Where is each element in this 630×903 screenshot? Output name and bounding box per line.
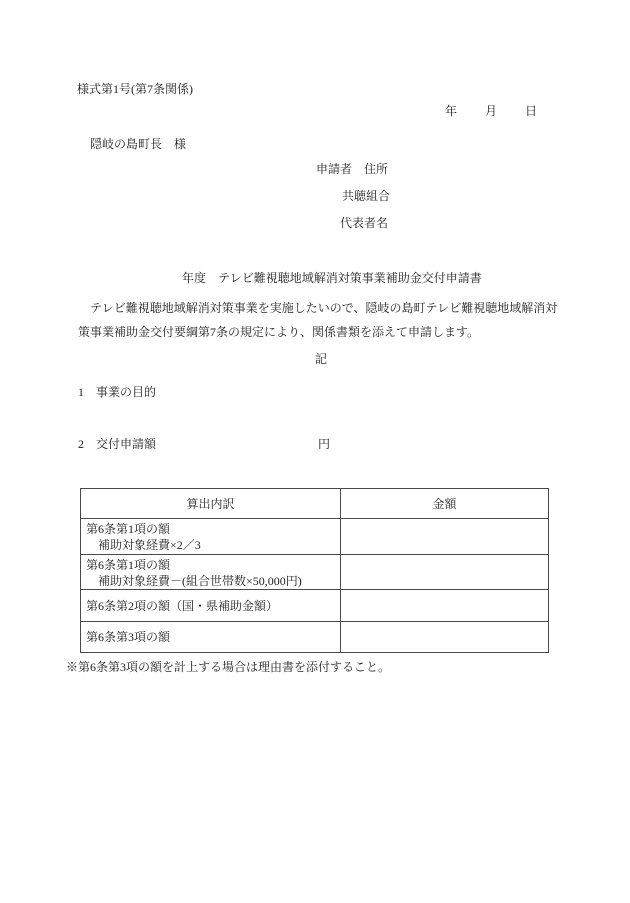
table-row: 第6条第1項の額 補助対象経費－(組合世帯数×50,000円) (81, 555, 549, 590)
item-2-yen-unit: 円 (318, 437, 330, 452)
date-line: 年 月 日 (445, 104, 537, 119)
amount-cell (341, 590, 549, 622)
breakdown-line: 第6条第3項の額 (86, 629, 340, 645)
table-row: 第6条第2項の額（国・県補助金額） (81, 590, 549, 622)
applicant-address-label: 申請者 住所 (316, 162, 388, 177)
body-paragraph-line-1: テレビ難視聴地域解消対策事業を実施したいので、隠岐の島町テレビ難視聴地域解消対 (90, 301, 557, 316)
item-1-business-purpose: 1 事業の目的 (78, 385, 156, 400)
date-day-label: 日 (525, 104, 537, 119)
breakdown-line: 補助対象経費×2／3 (86, 537, 340, 553)
applicant-representative-label: 代表者名 (340, 216, 388, 231)
table-header-row: 算出内訳 金額 (81, 489, 549, 519)
document-page: 様式第1号(第7条関係) 年 月 日 隠岐の島町長 様 申請者 住所 共聴組合 … (0, 0, 630, 903)
document-title: 年度 テレビ難視聴地域解消対策事業補助金交付申請書 (182, 271, 482, 286)
amount-cell (341, 555, 549, 590)
applicant-union-label: 共聴組合 (342, 189, 390, 204)
breakdown-line: 第6条第2項の額（国・県補助金額） (86, 598, 340, 614)
table-row: 第6条第1項の額 補助対象経費×2／3 (81, 519, 549, 555)
header-breakdown: 算出内訳 (81, 489, 341, 519)
breakdown-line: 補助対象経費－(組合世帯数×50,000円) (86, 573, 340, 589)
breakdown-cell: 第6条第2項の額（国・県補助金額） (81, 590, 341, 622)
breakdown-cell: 第6条第1項の額 補助対象経費－(組合世帯数×50,000円) (81, 555, 341, 590)
breakdown-line: 第6条第1項の額 (86, 557, 340, 573)
table-footnote: ※第6条第3項の額を計上する場合は理由書を添付すること。 (66, 660, 390, 675)
table-row: 第6条第3項の額 (81, 622, 549, 653)
form-number: 様式第1号(第7条関係) (77, 82, 193, 97)
date-month-label: 月 (485, 104, 497, 119)
calculation-table: 算出内訳 金額 第6条第1項の額 補助対象経費×2／3 第6条第1項の額 補助対… (80, 488, 549, 653)
amount-cell (341, 622, 549, 653)
date-year-label: 年 (445, 104, 457, 119)
item-2-application-amount: 2 交付申請額 (78, 437, 156, 452)
breakdown-cell: 第6条第3項の額 (81, 622, 341, 653)
breakdown-line: 第6条第1項の額 (86, 521, 340, 537)
amount-cell (341, 519, 549, 555)
header-amount: 金額 (341, 489, 549, 519)
breakdown-cell: 第6条第1項の額 補助対象経費×2／3 (81, 519, 341, 555)
addressee: 隠岐の島町長 様 (90, 137, 186, 152)
record-marker: 記 (315, 352, 327, 367)
body-paragraph-line-2: 策事業補助金交付要綱第7条の規定により、関係書類を添えて申請します。 (78, 325, 479, 340)
